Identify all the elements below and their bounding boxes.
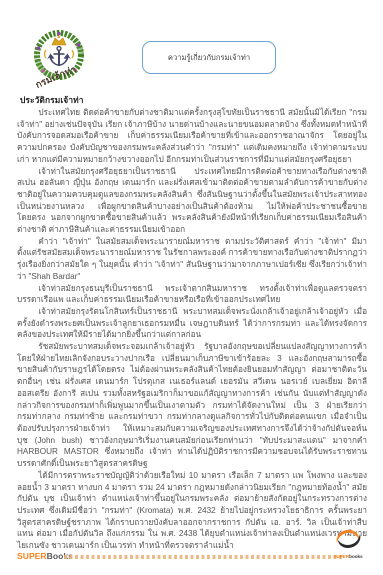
paragraph: ได้มีการตราพระราชบัญญัติว่าด้วยเรือใหม่ … [17,470,367,552]
publisher-logo-text: SUPERbooks [331,554,365,559]
publisher-swirl-icon [333,527,363,551]
paragraph: เจ้าท่าสมัยกรุงรัตนโกสินทร์เป็นราชธานี พ… [17,306,367,341]
publisher-logo-books: books [349,554,363,559]
paragraph: ประเทศไทย ติดต่อค้าขายกับต่างชาติมาแต่คร… [17,107,367,166]
marine-department-emblem: กรมเจ้าท่า [26,28,100,99]
section-heading: ประวัติกรมเจ้าท่า [20,93,84,107]
paragraph: เจ้าท่าสมัยกรุงธนบุรีเป็นราชธานี พระเจ้า… [17,283,367,306]
publisher-logo-super: SUPER [333,554,349,559]
chapter-title-box: ความรู้เกี่ยวกับกรมเจ้าท่า [142,41,276,74]
publisher-logo: SUPERbooks [331,527,365,559]
book-page: กรมเจ้าท่า ประวัติกรมเจ้าท่า ความรู้เกี่… [0,0,383,575]
footer-brand-super: SUPER [17,551,47,561]
paragraph: รัชสมัยพระบาทสมเด็จพระจอมเกล้าเจ้าอยู่หั… [17,341,367,470]
paragraph: คำว่า "เจ้าท่า" ในสมัยสมเด็จพระนารายณ์มห… [17,236,367,283]
department-seal-icon: กรมเจ้าท่า [26,28,100,94]
article-body: ประเทศไทย ติดต่อค้าขายกับต่างชาติมาแต่คร… [17,107,367,552]
paragraph: เจ้าท่าในสมัยกรุงศรีอยุธยาเป็นราชธานี ปร… [17,166,367,236]
chapter-title: ความรู้เกี่ยวกับกรมเจ้าท่า [168,52,250,64]
footer-dashed-rule [64,555,344,559]
